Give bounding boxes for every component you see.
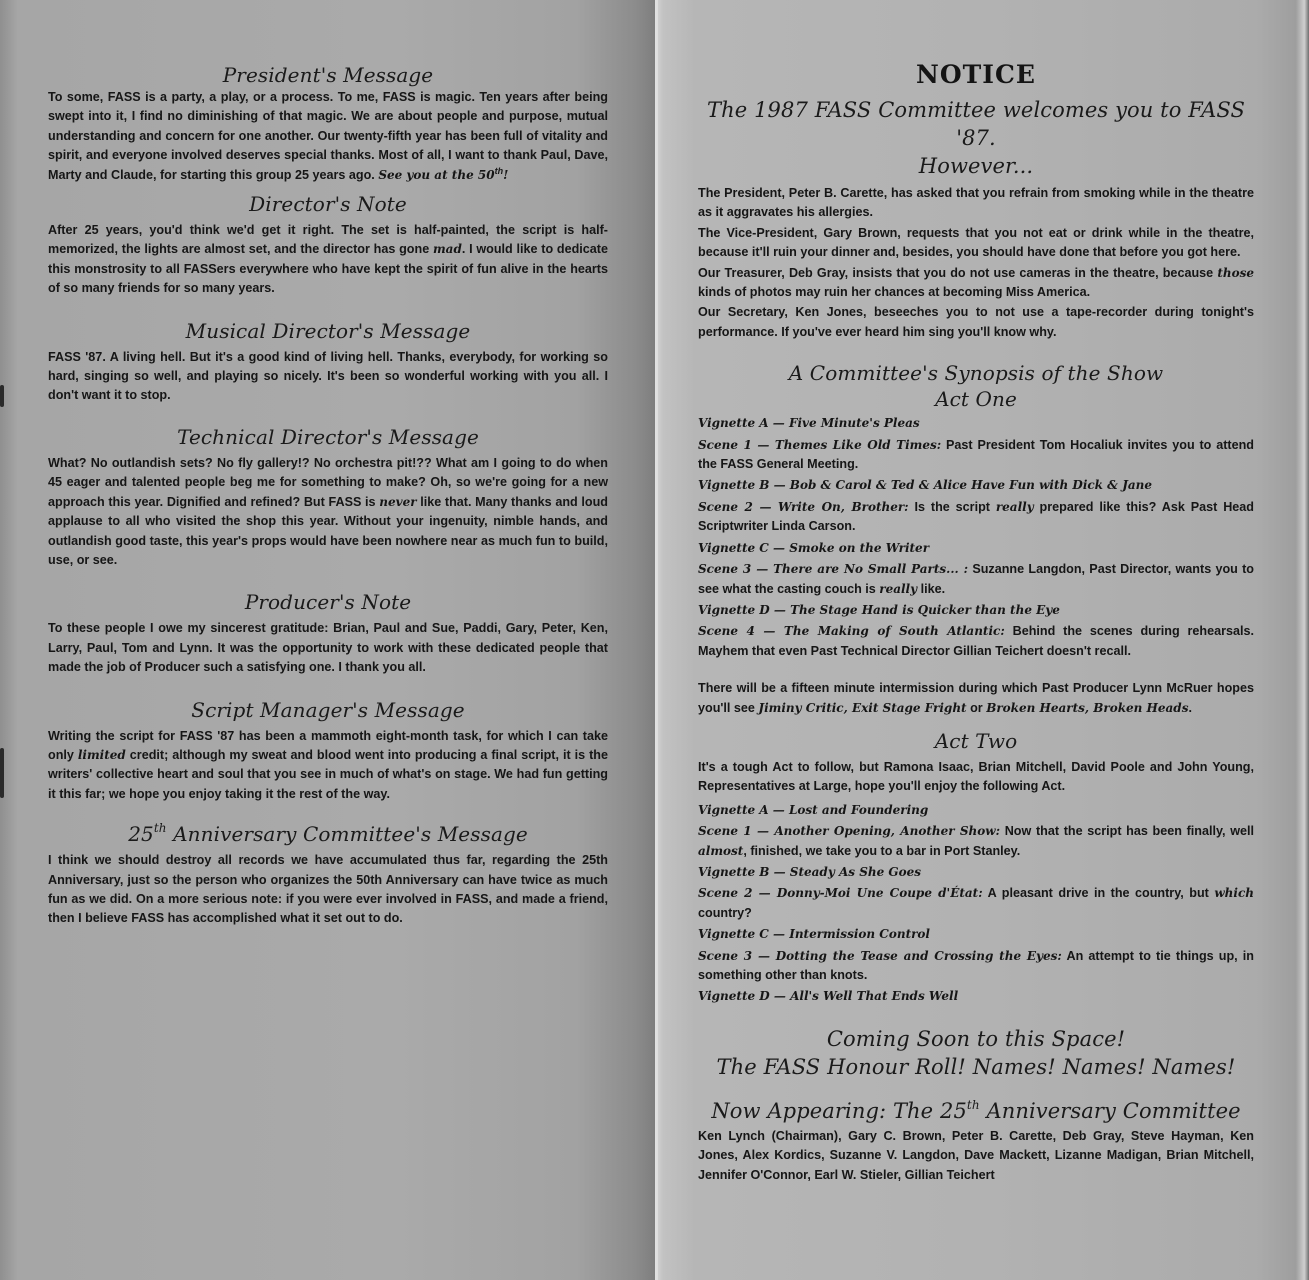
now-appearing-heading: Now Appearing: The 25th Anniversary Comm…	[698, 1097, 1254, 1125]
section-body: FASS '87. A living hell. But it's a good…	[48, 348, 608, 406]
notice-item: The President, Peter B. Carette, has ask…	[698, 184, 1254, 223]
act-two-item: Scene 2 — Donny-Moi Une Coupe d'État: A …	[698, 884, 1254, 923]
notice-title: NOTICE	[698, 60, 1254, 90]
welcome-however: However...	[698, 152, 1254, 180]
notice-item: Our Secretary, Ken Jones, beseeches you …	[698, 303, 1254, 342]
act-two-intro: It's a tough Act to follow, but Ramona I…	[698, 758, 1254, 797]
act-one-item: Vignette A — Five Minute's Pleas	[698, 414, 1254, 433]
act-one-item: Vignette D — The Stage Hand is Quicker t…	[698, 601, 1254, 620]
booklet-spread: President's Message To some, FASS is a p…	[0, 0, 1309, 1280]
synopsis-title: A Committee's Synopsis of the Show	[698, 360, 1254, 386]
act-two-item: Vignette C — Intermission Control	[698, 925, 1254, 944]
section-body: What? No outlandish sets? No fly gallery…	[48, 454, 608, 570]
act-two-item: Scene 3 — Dotting the Tease and Crossing…	[698, 947, 1254, 986]
section-producer: Producer's Note To these people I owe my…	[48, 589, 608, 677]
section-heading: Technical Director's Message	[48, 424, 608, 450]
section-heading: 25th Anniversary Committee's Message	[48, 821, 608, 847]
act-two-item: Vignette B — Steady As She Goes	[698, 863, 1254, 882]
page-fold-highlight	[655, 0, 658, 1280]
section-script-manager: Script Manager's Message Writing the scr…	[48, 697, 608, 805]
act-two-title: Act Two	[698, 728, 1254, 754]
coming-soon-line: Coming Soon to this Space!	[698, 1025, 1254, 1053]
welcome-line: The 1987 FASS Committee welcomes you to …	[698, 96, 1254, 152]
section-president: President's Message To some, FASS is a p…	[48, 62, 608, 185]
section-body: To these people I owe my sincerest grati…	[48, 619, 608, 677]
left-page: President's Message To some, FASS is a p…	[0, 0, 655, 1280]
notice-item: Our Treasurer, Deb Gray, insists that yo…	[698, 264, 1254, 303]
act-one-list: Vignette A — Five Minute's Pleas Scene 1…	[698, 414, 1254, 661]
section-heading: Producer's Note	[48, 589, 608, 615]
section-anniversary-committee: 25th Anniversary Committee's Message I t…	[48, 821, 608, 929]
notice-list: The President, Peter B. Carette, has ask…	[698, 184, 1254, 342]
act-one-item: Vignette B — Bob & Carol & Ted & Alice H…	[698, 476, 1254, 495]
section-heading: President's Message	[48, 62, 608, 88]
act-two-item: Vignette D — All's Well That Ends Well	[698, 987, 1254, 1006]
act-two-item: Scene 1 — Another Opening, Another Show:…	[698, 822, 1254, 861]
right-page: NOTICE The 1987 FASS Committee welcomes …	[655, 0, 1309, 1280]
left-page-content: President's Message To some, FASS is a p…	[48, 62, 608, 929]
binding-shadow-mark	[0, 748, 4, 798]
section-heading: Director's Note	[48, 191, 608, 217]
intermission-note: There will be a fifteen minute intermiss…	[698, 679, 1254, 718]
right-page-content: NOTICE The 1987 FASS Committee welcomes …	[698, 60, 1254, 1185]
section-director: Director's Note After 25 years, you'd th…	[48, 191, 608, 299]
binding-shadow-mark	[0, 385, 4, 407]
section-technical-director: Technical Director's Message What? No ou…	[48, 424, 608, 570]
honour-roll-line: The FASS Honour Roll! Names! Names! Name…	[698, 1053, 1254, 1081]
section-body: Writing the script for FASS '87 has been…	[48, 727, 608, 805]
act-one-item: Scene 4 — The Making of South Atlantic: …	[698, 622, 1254, 661]
act-two-list: Vignette A — Lost and Foundering Scene 1…	[698, 801, 1254, 1007]
act-one-item: Scene 3 — There are No Small Parts... : …	[698, 560, 1254, 599]
act-two-item: Vignette A — Lost and Foundering	[698, 801, 1254, 820]
act-one-title: Act One	[698, 386, 1254, 412]
section-heading: Musical Director's Message	[48, 318, 608, 344]
section-body: After 25 years, you'd think we'd get it …	[48, 221, 608, 299]
notice-item: The Vice-President, Gary Brown, requests…	[698, 224, 1254, 263]
act-one-item: Vignette C — Smoke on the Writer	[698, 539, 1254, 558]
section-musical-director: Musical Director's Message FASS '87. A l…	[48, 318, 608, 406]
act-one-item: Scene 1 — Themes Like Old Times: Past Pr…	[698, 436, 1254, 475]
act-one-item: Scene 2 — Write On, Brother: Is the scri…	[698, 498, 1254, 537]
section-heading: Script Manager's Message	[48, 697, 608, 723]
committee-members: Ken Lynch (Chairman), Gary C. Brown, Pet…	[698, 1127, 1254, 1185]
section-body: To some, FASS is a party, a play, or a p…	[48, 88, 608, 185]
section-body: I think we should destroy all records we…	[48, 851, 608, 929]
